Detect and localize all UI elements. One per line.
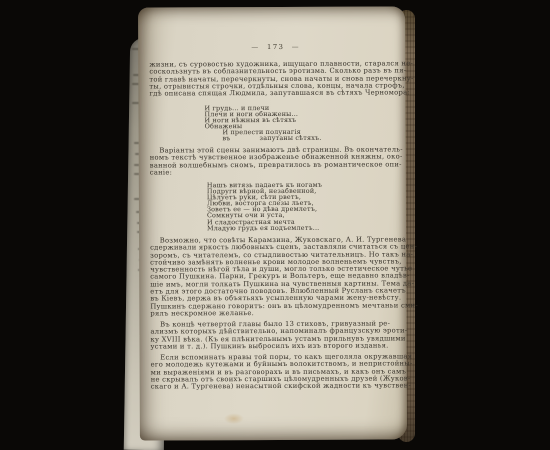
paragraph-fourth-canto: Въ концѣ четвертой главы было 13 стиховъ… bbox=[150, 320, 407, 350]
photo-background: — 173 — жизни, съ суровостью художника, … bbox=[0, 0, 550, 450]
paragraph-opening: жизни, съ суровостью художника, ищущаго … bbox=[149, 60, 413, 98]
book-page: — 173 — жизни, съ суровостью художника, … bbox=[138, 6, 407, 440]
paragraph-variants: Варіанты этой сцены занимаютъ двѣ страни… bbox=[150, 146, 403, 176]
paragraph-morals: Если вспоминать нравы той поры, то какъ … bbox=[151, 353, 413, 391]
paragraph-advice: Возможно, что совѣты Карамзина, Жуковска… bbox=[150, 236, 418, 317]
page-stain bbox=[224, 413, 244, 424]
verse-ruslan-lyudmila: Нашъ витязь падаетъ къ ногамъ Подруги вѣ… bbox=[207, 182, 322, 231]
page-number: — 173 — bbox=[149, 42, 402, 51]
verse-draft-fragments: И грудь... и плечи Плечи и ноги обнажены… bbox=[204, 105, 321, 142]
